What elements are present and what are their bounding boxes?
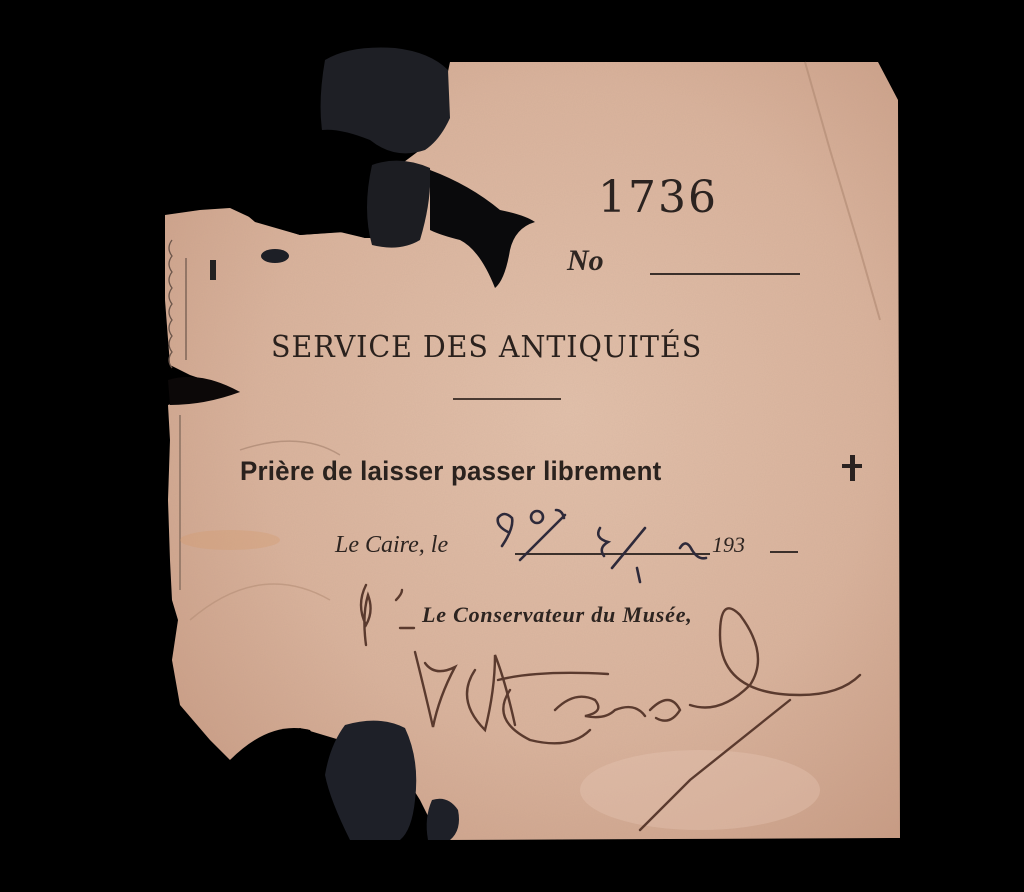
year-dash — [770, 551, 798, 553]
date-line — [515, 553, 710, 555]
photo-stage: 1736 No SERVICE DES ANTIQUITÉS Prière de… — [0, 0, 1024, 892]
signatory-label: Le Conservateur du Musée, — [422, 602, 693, 628]
year-prefix: 193 — [712, 532, 745, 558]
serial-number: 1736 — [598, 172, 718, 223]
heading: SERVICE DES ANTIQUITÉS — [271, 330, 702, 365]
number-underline — [650, 273, 800, 275]
burn-mark-top — [321, 48, 450, 154]
body-text: Prière de laisser passer librement — [240, 456, 661, 487]
number-label: No — [567, 244, 604, 278]
burn-mark-bottom — [325, 721, 416, 840]
heading-rule — [453, 398, 561, 400]
place-date-label: Le Caire, le — [335, 532, 448, 559]
paper-sheet — [0, 0, 1024, 892]
